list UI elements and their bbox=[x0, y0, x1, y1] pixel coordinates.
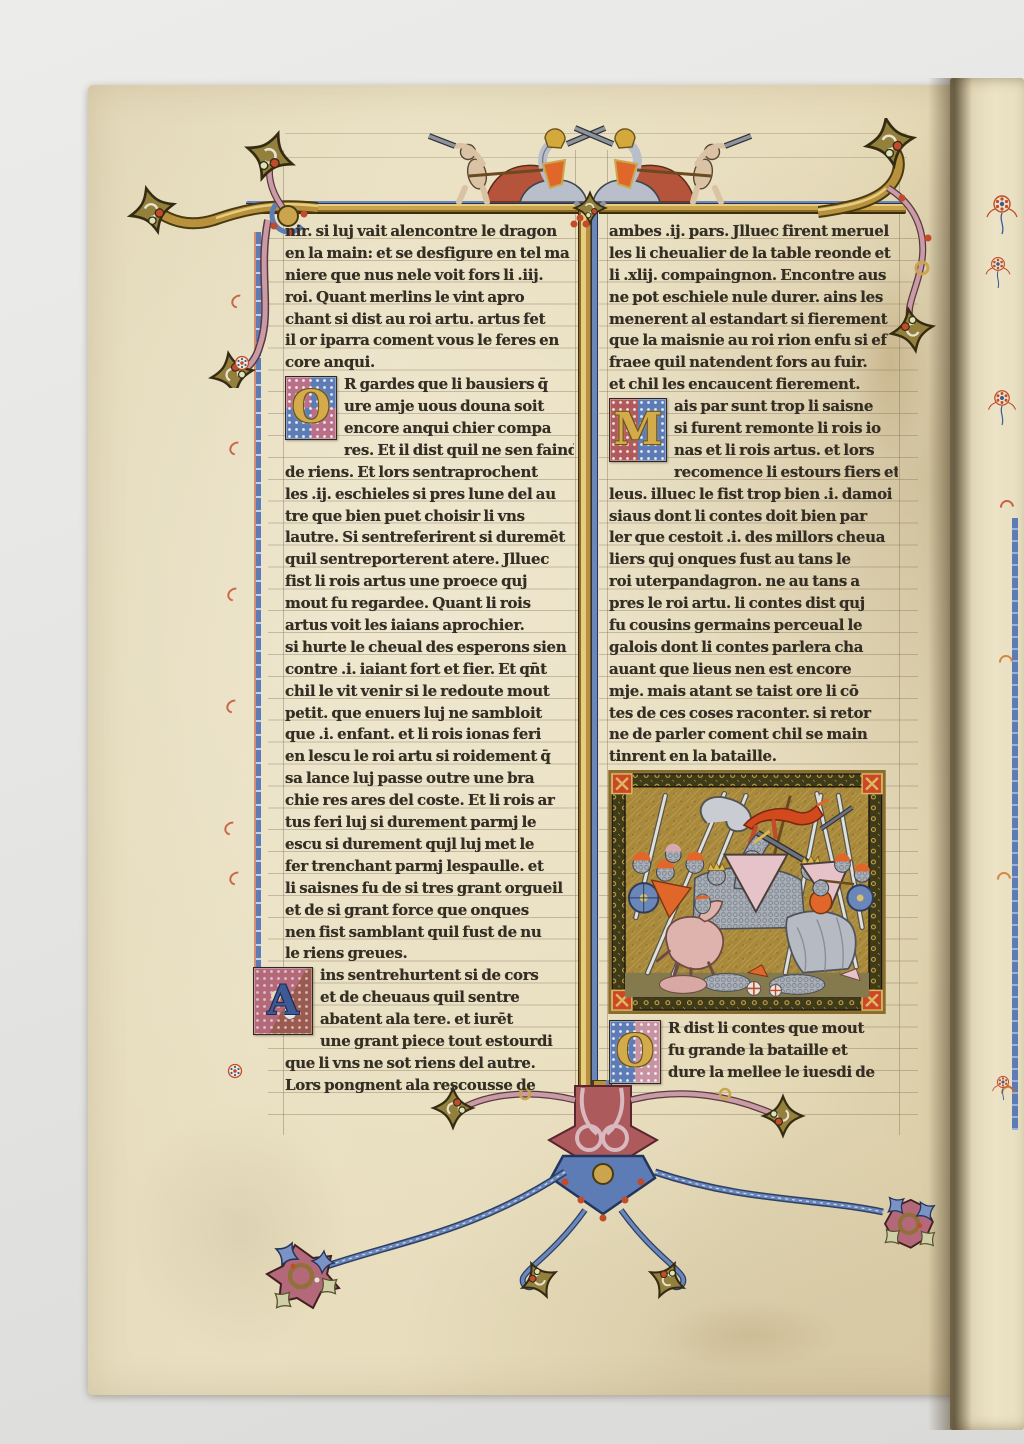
manuscript-text-line: recomence li estours fiers et meruel bbox=[674, 462, 898, 484]
manuscript-text-line: ure amje uous douna soit bbox=[344, 396, 574, 418]
manuscript-text-line: les li cheualier de la table reonde et bbox=[609, 243, 898, 265]
manuscript-text-line: les .ij. eschieles si pres lune del au bbox=[285, 484, 574, 506]
manuscript-text-line: nen fist samblant quil fust de nu bbox=[285, 922, 574, 944]
manuscript-text-line: leus. illuec le fist trop bien .i. damoi bbox=[609, 484, 898, 506]
manuscript-text-line: R dist li contes que mout bbox=[668, 1018, 898, 1040]
manuscript-text-line: petit. que enuers luj ne sambloit bbox=[285, 703, 574, 725]
manuscript-text-line: nir. si luj vait alencontre le dragon bbox=[285, 221, 574, 243]
manuscript-text-line: tre que bien puet choisir li vns bbox=[285, 506, 574, 528]
manuscript-text-line: Lors pongnent ala rescousse de bbox=[285, 1075, 574, 1097]
manuscript-text-line: si furent remonte li rois io bbox=[674, 418, 898, 440]
manuscript-text-line: sa lance luj passe outre une bra bbox=[285, 768, 574, 790]
illuminated-initial-M: M bbox=[609, 398, 667, 462]
manuscript-text-line: contre .i. iaiant fort et fier. Et qn̄t bbox=[285, 659, 574, 681]
manuscript-text-line: R gardes que li bausiers q̄ bbox=[344, 374, 574, 396]
manuscript-text-line: fu cousins germains perceual le bbox=[609, 615, 898, 637]
manuscript-text-line: fer trenchant parmj lespaulle. et bbox=[285, 856, 574, 878]
manuscript-text-line: artus voit les iaians aprochier. bbox=[285, 615, 574, 637]
manuscript-text-line: tes de ces coses raconter. si retor bbox=[609, 703, 898, 725]
manuscript-text-line: mje. mais atant se taist ore li cō bbox=[609, 681, 898, 703]
illuminated-initial-O: O bbox=[285, 376, 337, 440]
intercolumn-bar-border bbox=[578, 204, 599, 1100]
manuscript-text-line: le riens greues. bbox=[285, 943, 574, 965]
initial-paragraph: Mais par sunt trop li saisnesi furent re… bbox=[609, 396, 898, 462]
initial-paragraph: OR dist li contes que moutfu grande la b… bbox=[609, 1018, 898, 1084]
manuscript-text-line: ne de parler coment chil se main bbox=[609, 724, 898, 746]
manuscript-text-line: menerent al estandart si fierement bbox=[609, 309, 898, 331]
initial-letter: A bbox=[267, 981, 298, 1021]
ruling-line bbox=[575, 150, 576, 1135]
manuscript-text-line: abatent ala tere. et iurēt bbox=[320, 1009, 574, 1031]
margin-baton-ornament bbox=[256, 232, 261, 1010]
manuscript-text-line: tinrent en la bataille. bbox=[609, 746, 898, 768]
manuscript-text-line: en la main: et se desfigure en tel ma bbox=[285, 243, 574, 265]
manuscript-text-line: que la maisnie au roi rion enfu si ef bbox=[609, 330, 898, 352]
ruling-line bbox=[285, 133, 907, 134]
text-column-right: ambes .ij. pars. Jlluec firent meruelles… bbox=[609, 221, 898, 1084]
manuscript-text-line: res. Et il dist quil ne sen faindra bbox=[344, 440, 574, 462]
manuscript-text-line: si hurte le cheual des esperons sien bbox=[285, 637, 574, 659]
initial-letter: O bbox=[292, 386, 330, 430]
manuscript-text-line: siaus dont li contes doit bien par bbox=[609, 506, 898, 528]
manuscript-text-line: chil le vit venir si le redoute mout bbox=[285, 681, 574, 703]
manuscript-text-line: encore anqui chier compa bbox=[344, 418, 574, 440]
manuscript-text-line: tus feri luj si durement parmj le bbox=[285, 812, 574, 834]
manuscript-text-line: quil sentreporterent atere. Jlluec bbox=[285, 549, 574, 571]
manuscript-text-line: chant si dist au roi artu. artus fet bbox=[285, 309, 574, 331]
initial-paragraph: OR gardes que li bausiers q̄ure amje uou… bbox=[285, 374, 574, 440]
illuminated-initial-A: A bbox=[253, 967, 313, 1035]
manuscript-text-line: li .xlij. compaingnon. Encontre aus bbox=[609, 265, 898, 287]
battle-miniature-scene bbox=[606, 770, 888, 1014]
manuscript-text-line: auant que lieus nen est encore bbox=[609, 659, 898, 681]
manuscript-text-line: fu grande la bataille et bbox=[668, 1040, 898, 1062]
manuscript-text-line: dure la mellee le iuesdi de bbox=[668, 1062, 898, 1084]
initial-letter: M bbox=[614, 408, 663, 452]
battle-miniature bbox=[606, 770, 888, 1014]
manuscript-text-line: liers quj onques fust au tans le bbox=[609, 549, 898, 571]
manuscript-text-line: et de cheuaus quil sentre bbox=[320, 987, 574, 1009]
manuscript-text-line: ambes .ij. pars. Jlluec firent meruel bbox=[609, 221, 898, 243]
manuscript-text-line: une grant piece tout estourdi bbox=[320, 1031, 574, 1053]
illuminated-initial-O: O bbox=[609, 1020, 661, 1084]
manuscript-text-line: nas et li rois artus. et lors bbox=[674, 440, 898, 462]
manuscript-text-line: et chil les encaucent fierement. bbox=[609, 374, 898, 396]
top-bar-border bbox=[246, 201, 906, 214]
manuscript-text-line: niere que nus nele voit fors li .iij. bbox=[285, 265, 574, 287]
manuscript-text-line: et de si grant force que onques bbox=[285, 900, 574, 922]
manuscript-text-line: fist li rois artus une proece quj bbox=[285, 571, 574, 593]
photographed-manuscript-spread: nir. si luj vait alencontre le dragonen … bbox=[0, 0, 1024, 1444]
manuscript-text-line: pres le roi artu. li contes dist quj bbox=[609, 593, 898, 615]
manuscript-text-line: chie res ares del coste. Et li rois ar bbox=[285, 790, 574, 812]
manuscript-text-line: ne pot eschiele nule durer. ains les bbox=[609, 287, 898, 309]
manuscript-text-line: core anqui. bbox=[285, 352, 574, 374]
manuscript-text-line: ins sentrehurtent si de cors bbox=[320, 965, 574, 987]
initial-paragraph: Ains sentrehurtent si de corset de cheua… bbox=[285, 965, 574, 1031]
manuscript-text-line: galois dont li contes parlera cha bbox=[609, 637, 898, 659]
ruling-line bbox=[285, 157, 907, 158]
manuscript-text-line: il or iparra coment vous le feres en bbox=[285, 330, 574, 352]
manuscript-text-line: que .i. enfant. et li rois ionas feri bbox=[285, 724, 574, 746]
manuscript-text-line: lautre. Si sentreferirent si duremēt bbox=[285, 527, 574, 549]
manuscript-text-line: en lescu le roi artu si roidement q̄ bbox=[285, 746, 574, 768]
ruling-line bbox=[899, 150, 900, 1135]
manuscript-text-line: mout fu regardee. Quant li rois bbox=[285, 593, 574, 615]
manuscript-text-line: ler que cestoit .i. des millors cheua bbox=[609, 527, 898, 549]
manuscript-text-line: ais par sunt trop li saisne bbox=[674, 396, 898, 418]
text-column-left: nir. si luj vait alencontre le dragonen … bbox=[285, 221, 574, 1097]
facing-folio-bar-border bbox=[1012, 518, 1018, 1130]
manuscript-text-line: fraee quil natendent fors au fuir. bbox=[609, 352, 898, 374]
manuscript-text-line: que li vns ne sot riens del autre. bbox=[285, 1053, 574, 1075]
manuscript-text-line: de riens. Et lors sentraprochent bbox=[285, 462, 574, 484]
initial-letter: O bbox=[616, 1030, 654, 1074]
manuscript-text-line: escu si durement qujl luj met le bbox=[285, 834, 574, 856]
manuscript-text-line: roi uterpandagron. ne au tans a bbox=[609, 571, 898, 593]
manuscript-text-line: li saisnes fu de si tres grant orgueil bbox=[285, 878, 574, 900]
gutter-fold-shadow bbox=[928, 78, 972, 1430]
manuscript-text-line: roi. Quant merlins le vint apro bbox=[285, 287, 574, 309]
